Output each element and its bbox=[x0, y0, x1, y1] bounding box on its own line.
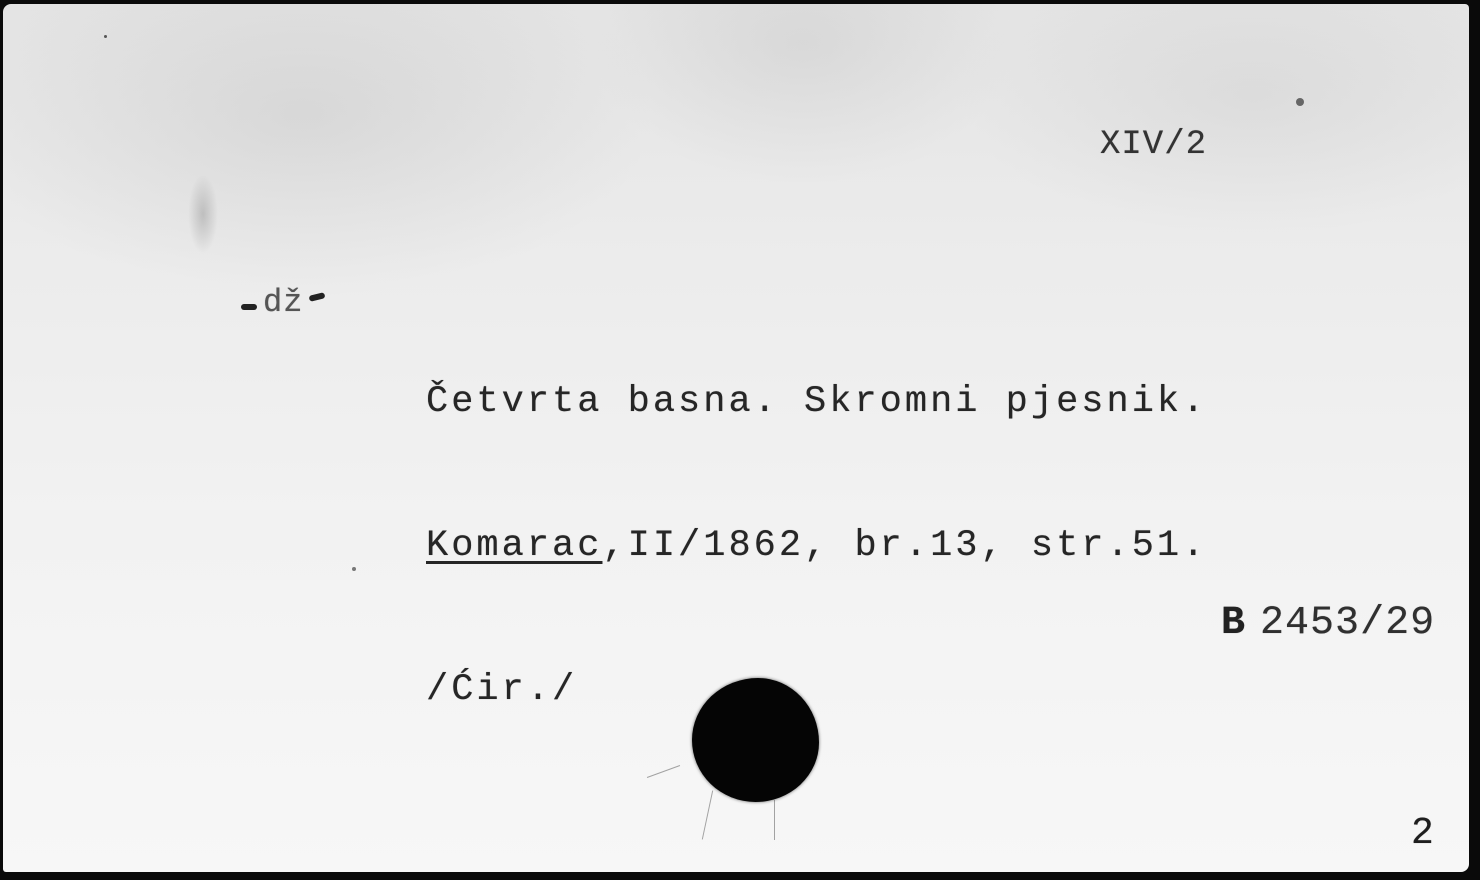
paper-crack bbox=[774, 800, 775, 840]
journal-name: Komarac bbox=[426, 525, 602, 567]
stain-mark bbox=[188, 174, 218, 254]
ink-speck bbox=[104, 35, 107, 38]
dash-right-mark bbox=[309, 292, 326, 302]
scan-frame: XIV/2 dž Četvrta basna. Skromni pjesnik.… bbox=[0, 0, 1480, 880]
dash-left-mark bbox=[241, 304, 257, 310]
inventory-prefix: B bbox=[1221, 601, 1246, 646]
page-mark: 2 bbox=[1411, 812, 1434, 855]
entry-title-line: Četvrta basna. Skromni pjesnik. bbox=[426, 378, 1207, 426]
heading-term: dž bbox=[263, 284, 303, 321]
catalog-card: XIV/2 dž Četvrta basna. Skromni pjesnik.… bbox=[3, 4, 1469, 872]
ink-speck bbox=[352, 567, 356, 571]
heading-tag: dž bbox=[235, 284, 331, 321]
inventory-number: B2453/29 bbox=[1071, 556, 1435, 691]
ink-speck bbox=[1296, 98, 1304, 106]
call-number: XIV/2 bbox=[1100, 126, 1207, 164]
inventory-value: 2453/29 bbox=[1260, 601, 1435, 646]
punch-hole bbox=[692, 678, 819, 802]
